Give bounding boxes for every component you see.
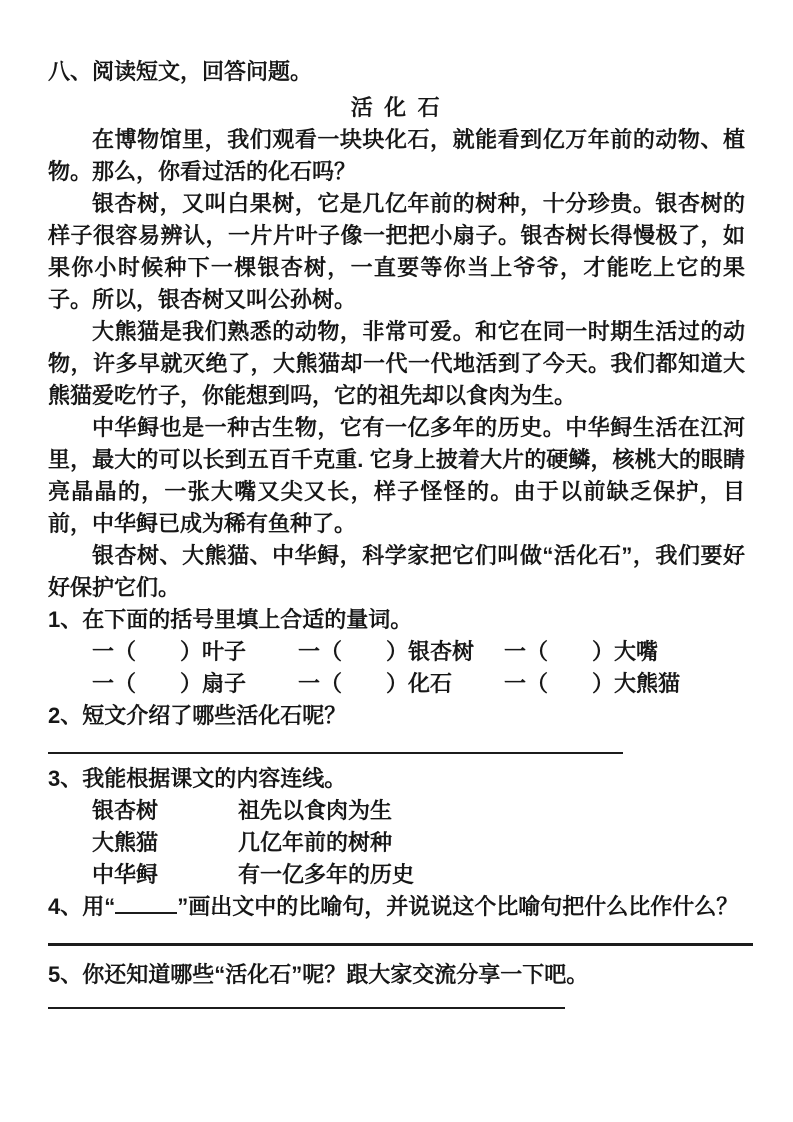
match-right-item: 有一亿多年的历史 xyxy=(238,862,414,887)
inline-underline-blank xyxy=(115,908,177,914)
measure-word-row: 一（ ）叶子一（ ）银杏树一（ ）大嘴 xyxy=(48,636,745,668)
match-row: 银杏树祖先以食肉为生 xyxy=(48,795,745,827)
measure-word-blank: 一（ ）银杏树 xyxy=(298,636,504,668)
measure-word-blank: 一（ ）大熊猫 xyxy=(504,668,680,700)
match-left-item: 大熊猫 xyxy=(92,827,238,859)
article-paragraph: 在博物馆里，我们观看一块块化石，就能看到亿万年前的动物、植物。那么，你看过活的化… xyxy=(48,124,745,188)
article-paragraph: 银杏树，又叫白果树，它是几亿年前的树种，十分珍贵。银杏树的样子很容易辨认，一片片… xyxy=(48,188,745,316)
question-4-prefix: 4、用“ xyxy=(48,894,115,919)
article-paragraph: 银杏树、大熊猫、中华鲟，科学家把它们叫做“活化石”，我们要好好保护它们。 xyxy=(48,540,745,604)
answer-line-q5 xyxy=(48,991,565,1009)
worksheet-page: 八、阅读短文，回答问题。 活 化 石 在博物馆里，我们观看一块块化石，就能看到亿… xyxy=(0,0,793,1122)
measure-word-row: 一（ ）扇子一（ ）化石一（ ）大熊猫 xyxy=(48,668,745,700)
match-row: 中华鲟有一亿多年的历史 xyxy=(48,859,745,891)
section-heading: 八、阅读短文，回答问题。 xyxy=(48,56,745,88)
question-3-label: 3、我能根据课文的内容连线。 xyxy=(48,763,745,795)
match-left-item: 银杏树 xyxy=(92,795,238,827)
measure-word-blank: 一（ ）化石 xyxy=(298,668,504,700)
measure-word-blank: 一（ ）叶子 xyxy=(92,636,298,668)
question-4-label: 4、用“”画出文中的比喻句，并说说这个比喻句把什么比作什么？ xyxy=(48,891,745,923)
article-paragraph: 大熊猫是我们熟悉的动物，非常可爱。和它在同一时期生活过的动物，许多早就灭绝了，大… xyxy=(48,316,745,412)
question-3-block: 3、我能根据课文的内容连线。 银杏树祖先以食肉为生 大熊猫几亿年前的树种 中华鲟… xyxy=(48,763,745,891)
answer-line-q2 xyxy=(48,732,623,754)
article-title: 活 化 石 xyxy=(48,92,745,124)
answer-line-q4 xyxy=(48,943,753,946)
question-2-label: 2、短文介绍了哪些活化石呢？ xyxy=(48,700,745,732)
match-left-item: 中华鲟 xyxy=(92,859,238,891)
match-row: 大熊猫几亿年前的树种 xyxy=(48,827,745,859)
measure-word-blank: 一（ ）大嘴 xyxy=(504,636,658,668)
measure-word-blank: 一（ ）扇子 xyxy=(92,668,298,700)
match-right-item: 祖先以食肉为生 xyxy=(238,798,392,823)
question-4-suffix: ”画出文中的比喻句，并说说这个比喻句把什么比作什么？ xyxy=(177,894,738,919)
question-1-label: 1、在下面的括号里填上合适的量词。 xyxy=(48,604,745,636)
article-paragraph: 中华鲟也是一种古生物，它有一亿多年的历史。中华鲟生活在江河里，最大的可以长到五百… xyxy=(48,412,745,540)
match-right-item: 几亿年前的树种 xyxy=(238,830,392,855)
question-5-label: 5、你还知道哪些“活化石”呢？跟大家交流分享一下吧。 xyxy=(48,959,745,991)
